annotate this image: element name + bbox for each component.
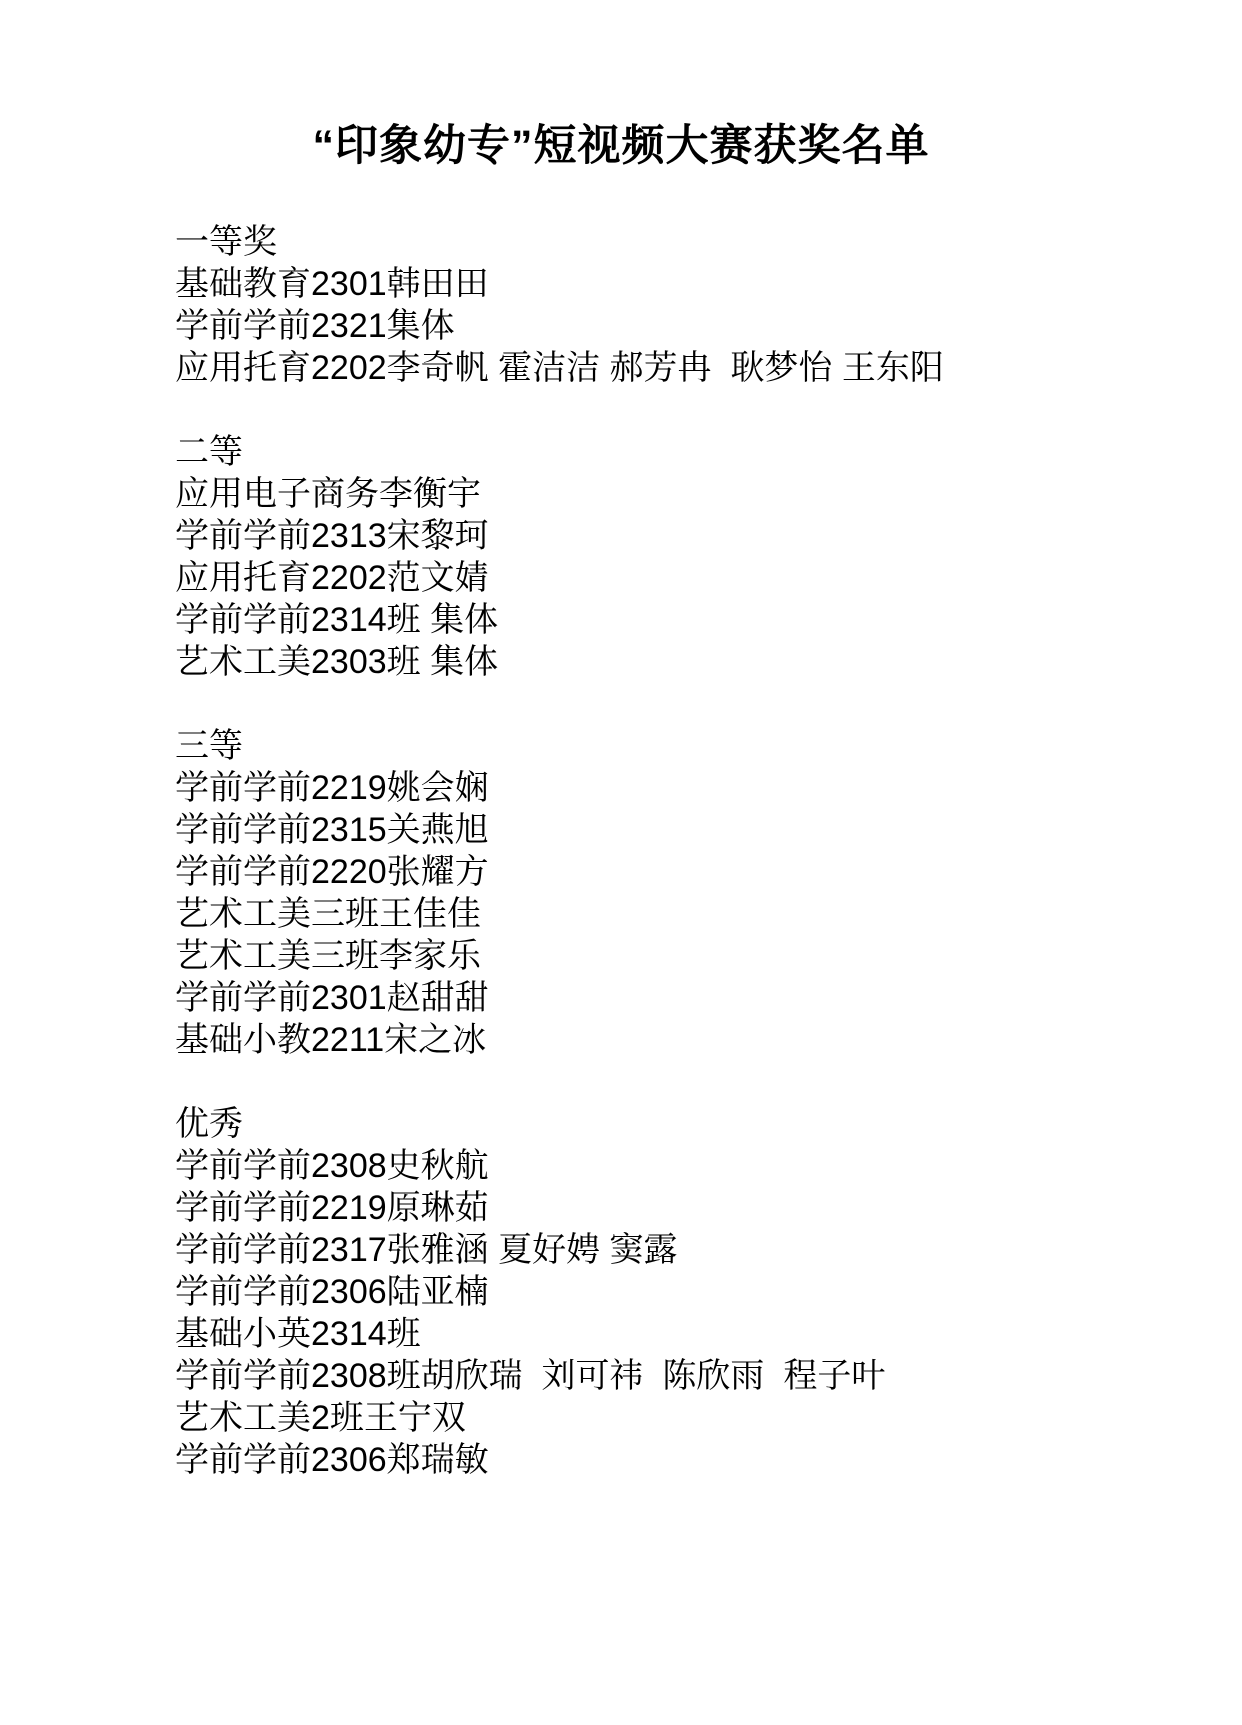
document-title: “印象幼专”短视频大赛获奖名单 — [0, 0, 1242, 173]
award-line: 基础小英2314班 — [175, 1313, 1182, 1355]
document-body: 一等奖 基础教育2301韩田田 学前学前2321集体 应用托育2202李奇帆 霍… — [175, 221, 1182, 1481]
document-page: “印象幼专”短视频大赛获奖名单 一等奖 基础教育2301韩田田 学前学前2321… — [0, 0, 1242, 1725]
award-line: 学前学前2314班 集体 — [175, 599, 1182, 641]
section-heading: 三等 — [175, 725, 1182, 767]
award-line: 学前学前2308史秋航 — [175, 1145, 1182, 1187]
award-line: 应用托育2202李奇帆 霍洁洁 郝芳冉 耿梦怡 王东阳 — [175, 347, 1182, 389]
award-line: 应用电子商务李衡宇 — [175, 473, 1182, 515]
award-line: 基础小教2211宋之冰 — [175, 1019, 1182, 1061]
award-line: 艺术工美2班王宁双 — [175, 1397, 1182, 1439]
award-line: 学前学前2219原琳茹 — [175, 1187, 1182, 1229]
section-second-prize: 二等 应用电子商务李衡宇 学前学前2313宋黎珂 应用托育2202范文婧 学前学… — [175, 431, 1182, 683]
award-line: 学前学前2220张耀方 — [175, 851, 1182, 893]
award-line: 学前学前2301赵甜甜 — [175, 977, 1182, 1019]
award-line: 艺术工美三班王佳佳 — [175, 893, 1182, 935]
section-first-prize: 一等奖 基础教育2301韩田田 学前学前2321集体 应用托育2202李奇帆 霍… — [175, 221, 1182, 389]
award-line: 基础教育2301韩田田 — [175, 263, 1182, 305]
award-line: 学前学前2306陆亚楠 — [175, 1271, 1182, 1313]
section-third-prize: 三等 学前学前2219姚会娴 学前学前2315关燕旭 学前学前2220张耀方 艺… — [175, 725, 1182, 1061]
award-line: 艺术工美2303班 集体 — [175, 641, 1182, 683]
award-line: 学前学前2313宋黎珂 — [175, 515, 1182, 557]
award-line: 学前学前2308班胡欣瑞 刘可祎 陈欣雨 程子叶 — [175, 1355, 1182, 1397]
section-heading: 一等奖 — [175, 221, 1182, 263]
section-excellent: 优秀 学前学前2308史秋航 学前学前2219原琳茹 学前学前2317张雅涵 夏… — [175, 1103, 1182, 1481]
award-line: 应用托育2202范文婧 — [175, 557, 1182, 599]
award-line: 学前学前2219姚会娴 — [175, 767, 1182, 809]
award-line: 艺术工美三班李家乐 — [175, 935, 1182, 977]
award-line: 学前学前2306郑瑞敏 — [175, 1439, 1182, 1481]
section-heading: 二等 — [175, 431, 1182, 473]
award-line: 学前学前2315关燕旭 — [175, 809, 1182, 851]
award-line: 学前学前2317张雅涵 夏好娉 窦露 — [175, 1229, 1182, 1271]
award-line: 学前学前2321集体 — [175, 305, 1182, 347]
section-heading: 优秀 — [175, 1103, 1182, 1145]
